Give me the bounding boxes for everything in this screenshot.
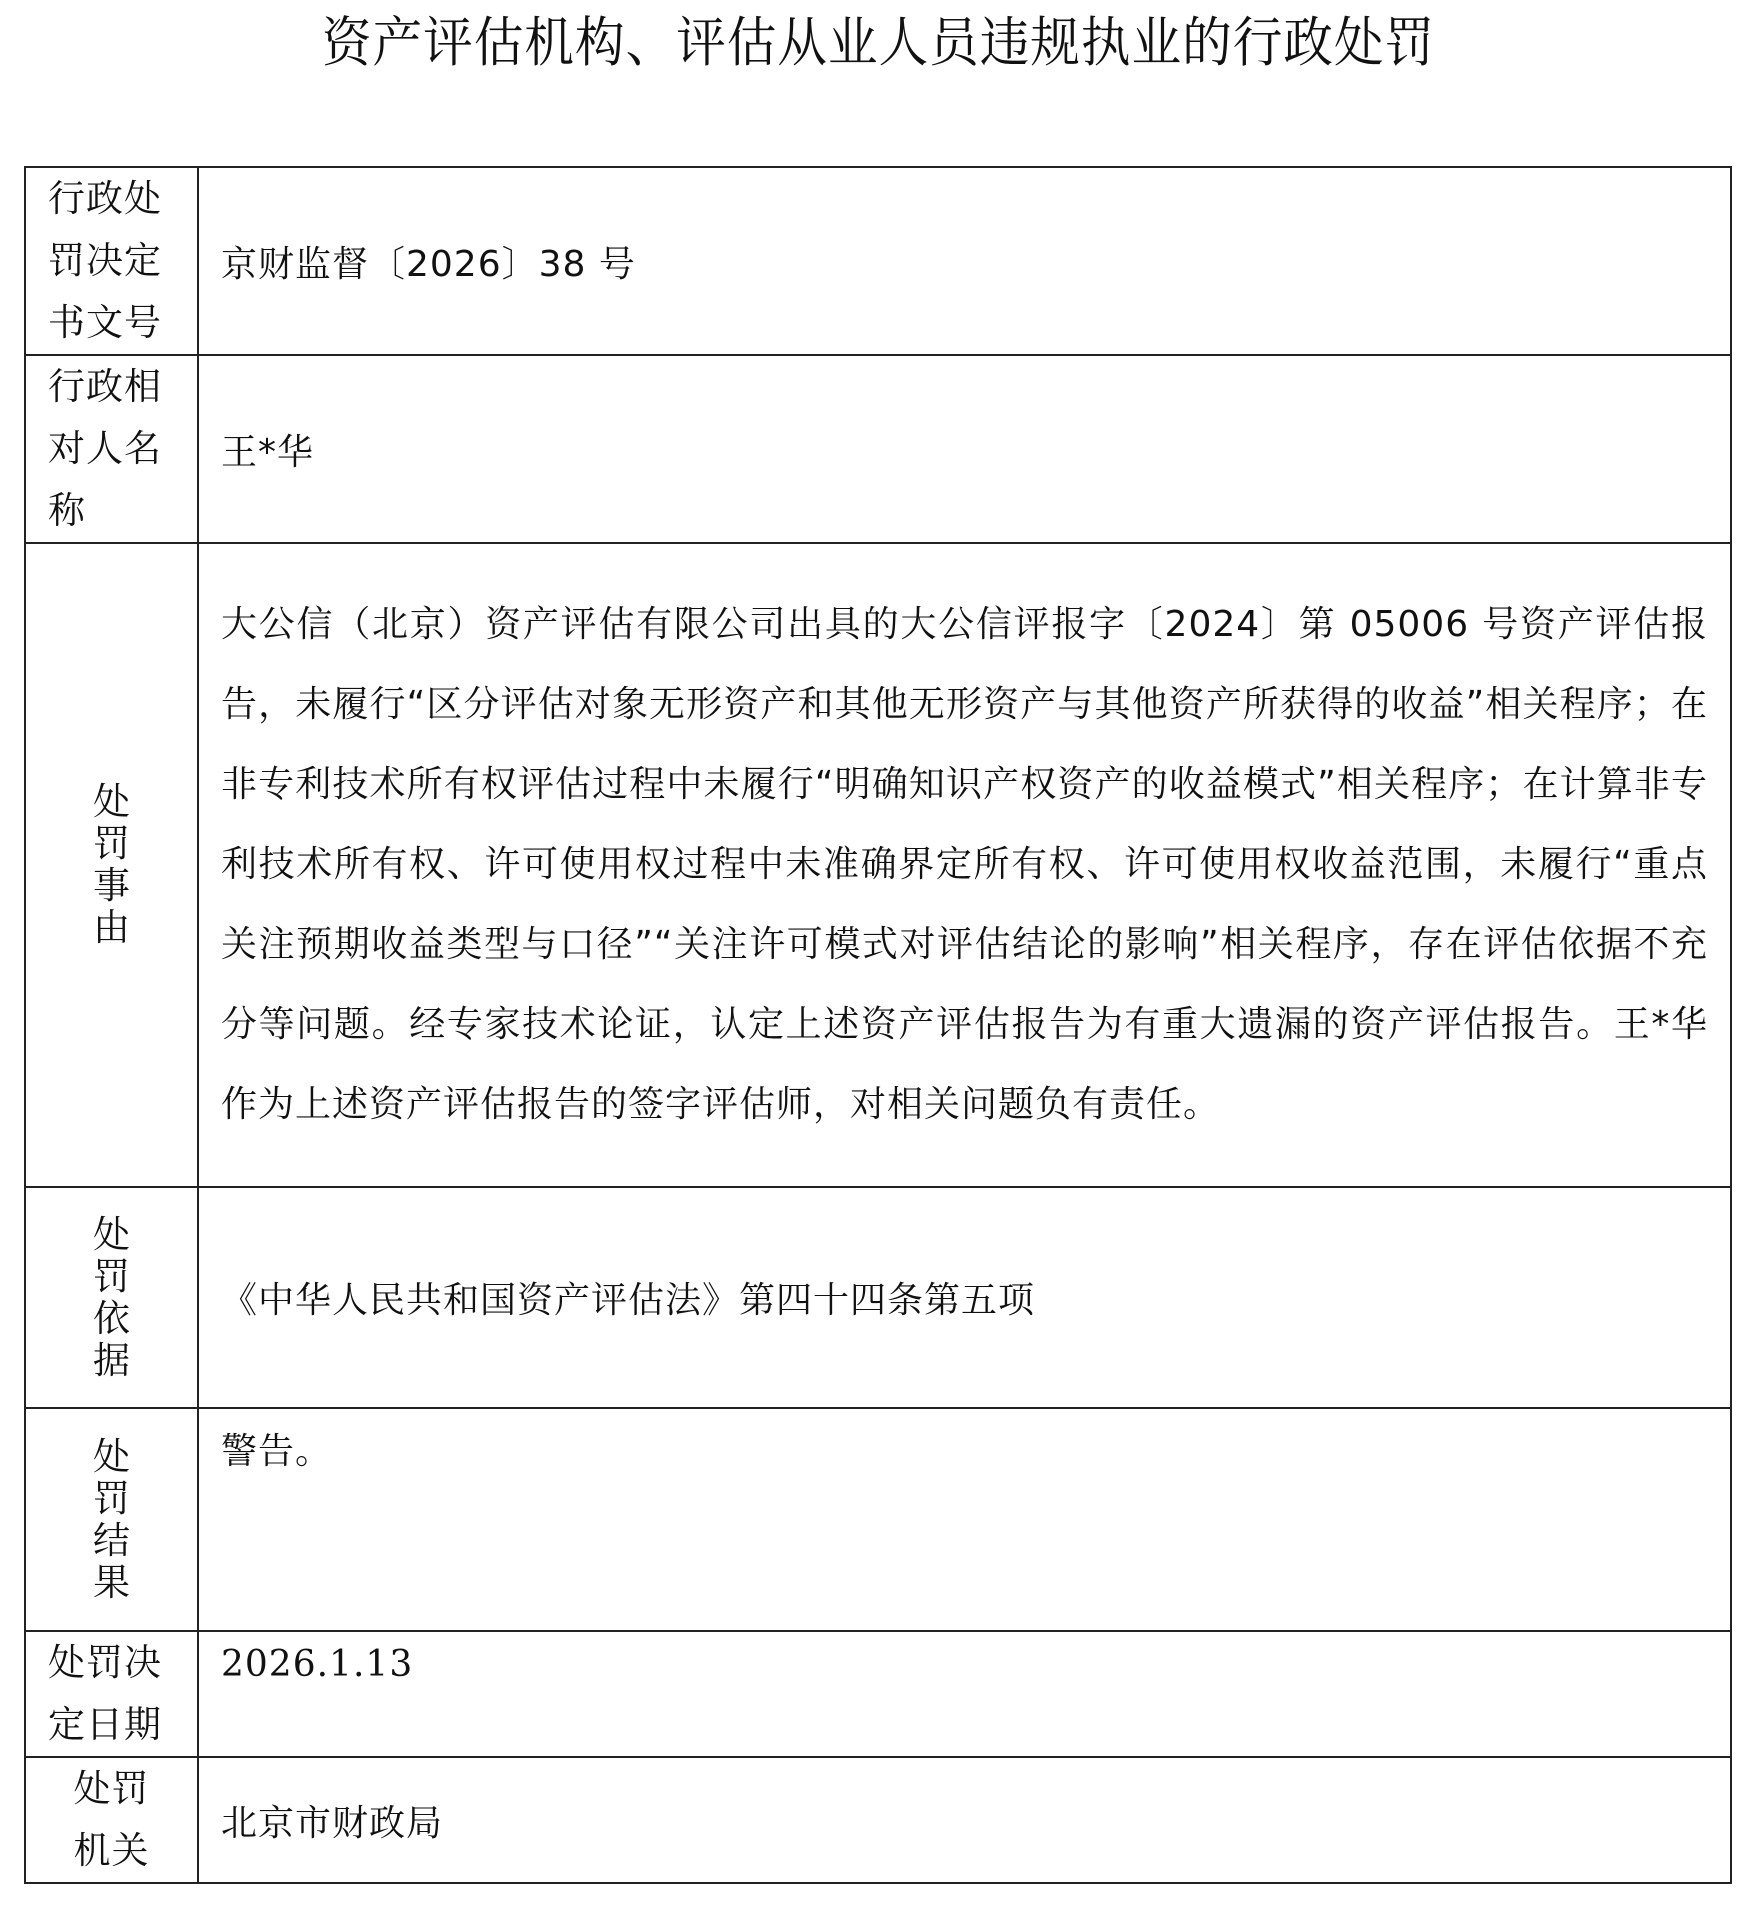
label-decision-date: 处罚决定日期 (25, 1631, 198, 1757)
value-penalty-result: 警告。 (198, 1408, 1731, 1631)
label-text: 处罚决定日期 (48, 1632, 165, 1756)
value-party-name: 王*华 (198, 355, 1731, 543)
label-penalty-authority: 处罚机关 (25, 1757, 198, 1883)
label-text: 处罚依据 (93, 1214, 130, 1382)
label-text: 行政相对人名称 (48, 356, 165, 542)
row-penalty-reason: 处罚事由 大公信（北京）资产评估有限公司出具的大公信评报字〔2024〕第 050… (25, 543, 1731, 1187)
penalty-record-table: 行政处罚决定书文号 京财监督〔2026〕38 号 行政相对人名称 王*华 处罚事… (24, 166, 1732, 1884)
row-decision-number: 行政处罚决定书文号 京财监督〔2026〕38 号 (25, 167, 1731, 355)
value-decision-date: 2026.1.13 (198, 1631, 1731, 1757)
label-penalty-result: 处罚结果 (25, 1408, 198, 1631)
label-text: 行政处罚决定书文号 (48, 168, 165, 354)
document-title: 资产评估机构、评估从业人员违规执业的行政处罚 (70, 8, 1686, 78)
row-penalty-authority: 处罚机关 北京市财政局 (25, 1757, 1731, 1883)
row-party-name: 行政相对人名称 王*华 (25, 355, 1731, 543)
label-text: 处罚结果 (93, 1436, 130, 1604)
label-penalty-basis: 处罚依据 (25, 1187, 198, 1408)
row-penalty-basis: 处罚依据 《中华人民共和国资产评估法》第四十四条第五项 (25, 1187, 1731, 1408)
label-text: 处罚机关 (73, 1758, 151, 1882)
label-party-name: 行政相对人名称 (25, 355, 198, 543)
label-penalty-reason: 处罚事由 (25, 543, 198, 1187)
row-penalty-result: 处罚结果 警告。 (25, 1408, 1731, 1631)
row-decision-date: 处罚决定日期 2026.1.13 (25, 1631, 1731, 1757)
label-text: 处罚事由 (93, 781, 130, 949)
value-penalty-authority: 北京市财政局 (198, 1757, 1731, 1883)
value-penalty-reason: 大公信（北京）资产评估有限公司出具的大公信评报字〔2024〕第 05006 号资… (198, 543, 1731, 1187)
label-decision-number: 行政处罚决定书文号 (25, 167, 198, 355)
value-decision-number: 京财监督〔2026〕38 号 (198, 167, 1731, 355)
value-penalty-basis: 《中华人民共和国资产评估法》第四十四条第五项 (198, 1187, 1731, 1408)
